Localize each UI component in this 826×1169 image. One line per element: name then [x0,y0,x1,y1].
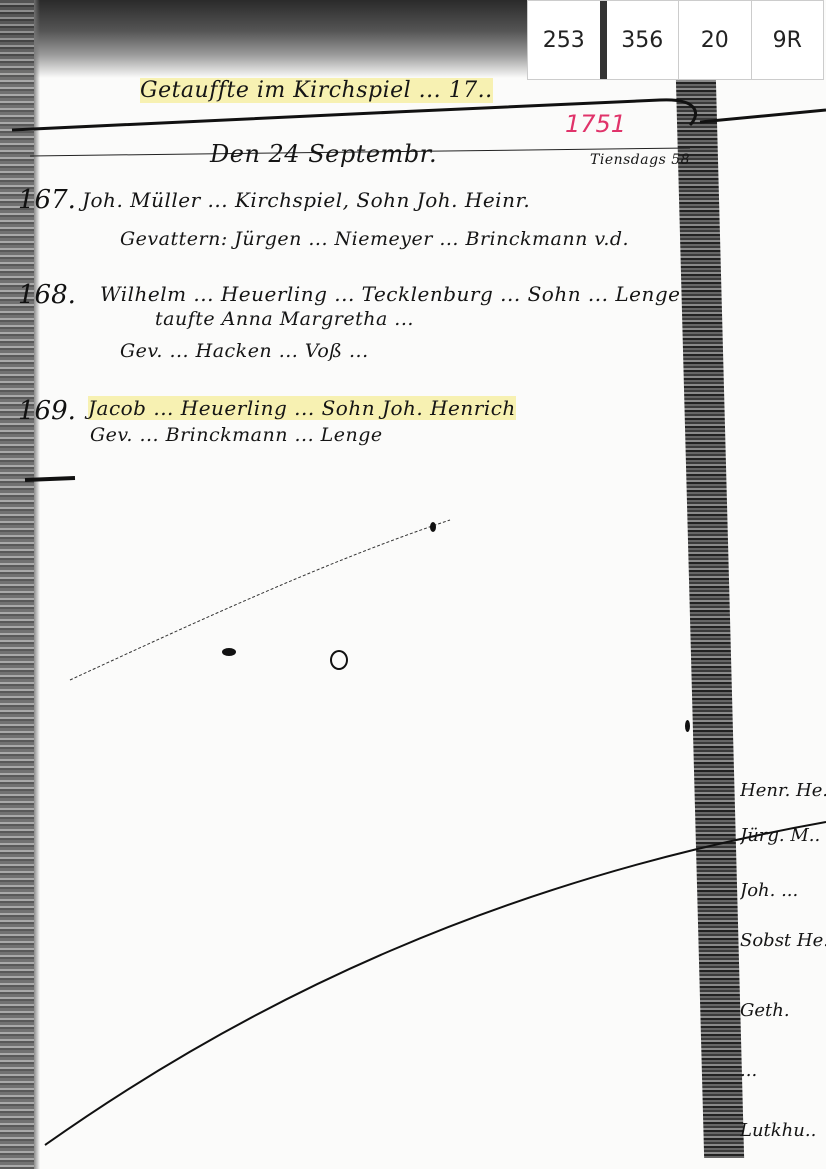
entry-167-line1: Joh. Müller ... Kirchspiel, Sohn Joh. He… [82,188,530,212]
scanned-register-page: 253 356 20 9R Getauffte im Kirchspiel ..… [0,0,826,1169]
ink-blot [222,648,236,656]
entry-168-line1: Wilhelm ... Heuerling ... Tecklenburg ..… [100,282,681,306]
entry-169-line2: Gev. ... Brinckmann ... Lenge [90,424,383,446]
archive-label-4: 9R [752,1,824,79]
ink-blot [430,522,436,532]
entry-169-line1: Jacob ... Heuerling ... Sohn Joh. Henric… [88,396,516,420]
right-margin-note-1: Henr. He.. [740,780,826,801]
entry-number-167: 167. [18,185,76,215]
page-edge-left [0,0,34,1169]
archive-label-2: 356 [607,1,680,79]
right-margin-note-4: Sobst He.. [740,930,826,951]
archive-label-strip: 253 356 20 9R [527,0,824,80]
right-margin-note-5: Geth. [740,1000,826,1021]
entry-number-169: 169. [18,396,76,426]
ink-blot [330,650,348,670]
archive-label-1: 253 [528,1,607,79]
date-line: Den 24 Septembr. [210,140,437,168]
year-annotation: 1751 [565,110,626,138]
column-heading: Getauffte im Kirchspiel ... 17.. [140,78,493,103]
scan-shadow [0,0,530,78]
archive-label-3: 20 [679,1,752,79]
entry-167-line2: Gevattern: Jürgen ... Niemeyer ... Brinc… [120,228,629,250]
right-margin-note-3: Joh. ... [740,880,826,901]
ink-blot [685,720,690,732]
entry-168-line3: Gev. ... Hacken ... Voß ... [120,340,369,362]
right-margin-note-6: ... [740,1060,826,1081]
entry-168-line2: taufte Anna Margretha ... [155,308,414,330]
right-margin-note-2: Jürg. M.. [740,825,826,846]
entry-number-168: 168. [18,280,76,310]
book-spine [676,78,744,1158]
right-margin-note-7: Lutkhu.. [740,1120,826,1141]
entry-167-margin-note: Tiensdags 58 [590,152,690,168]
